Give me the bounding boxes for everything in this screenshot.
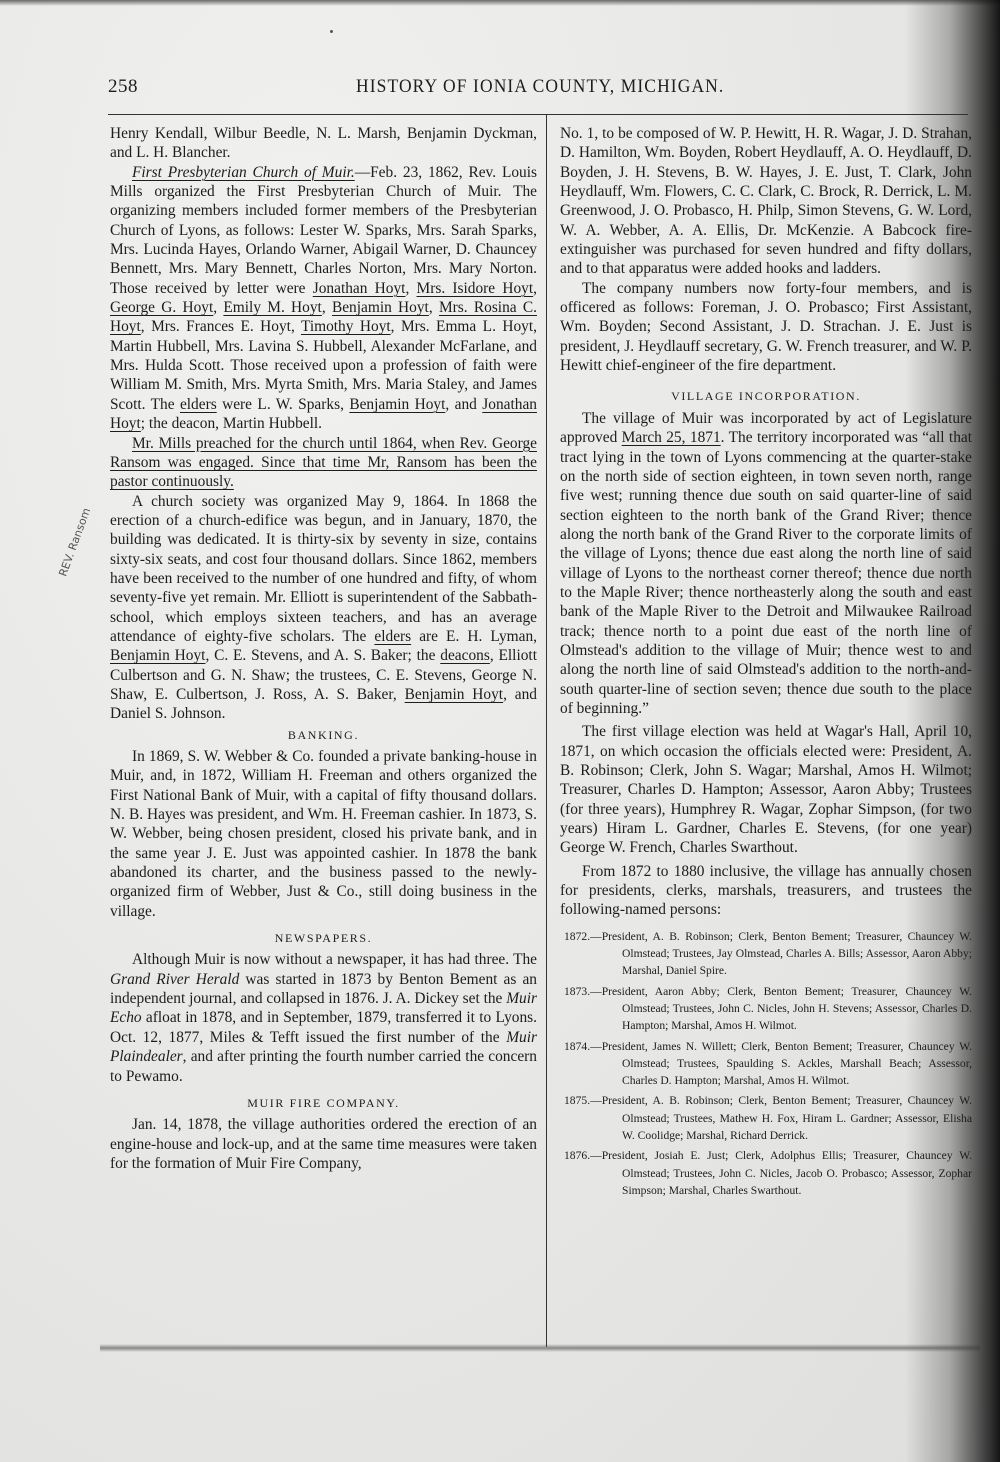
right-column: No. 1, to be composed of W. P. Hewitt, H… <box>560 124 972 1202</box>
heading-newspapers: NEWSPAPERS. <box>110 929 537 948</box>
paragraph-newspapers: Although Muir is now without a newspaper… <box>110 950 537 1085</box>
left-column: Henry Kendall, Wilbur Beedle, N. L. Mars… <box>110 124 537 1173</box>
paragraph-annual-officers: From 1872 to 1880 inclusive, the village… <box>560 862 972 920</box>
header-rule <box>108 114 968 115</box>
roster-entry-1874: 1874.—President, James N. Willett; Clerk… <box>560 1038 972 1090</box>
roster-entry-1873: 1873.—President, Aaron Abby; Clerk, Bent… <box>560 983 972 1035</box>
scan-speck <box>330 30 333 33</box>
heading-village-incorporation: VILLAGE INCORPORATION. <box>560 387 972 406</box>
scanned-book-page: 258 HISTORY OF IONIA COUNTY, MICHIGAN. R… <box>0 0 1000 1462</box>
paragraph-fire-officers: The company numbers now forty-four membe… <box>560 279 972 376</box>
roster-entry-1872: 1872.—President, A. B. Robinson; Clerk, … <box>560 928 972 980</box>
paragraph-fire-company-cont: No. 1, to be composed of W. P. Hewitt, H… <box>560 124 972 279</box>
page-header: 258 HISTORY OF IONIA COUNTY, MICHIGAN. <box>104 76 984 102</box>
roster-entry-1875: 1875.—President, A. B. Robinson; Clerk, … <box>560 1092 972 1144</box>
handwritten-marginalia: REV. Ransom <box>56 551 111 591</box>
running-title: HISTORY OF IONIA COUNTY, MICHIGAN. <box>356 76 724 98</box>
bottom-scan-smudge <box>100 1344 980 1352</box>
heading-banking: BANKING. <box>110 726 537 745</box>
paragraph-fire-company: Jan. 14, 1878, the village authorities o… <box>110 1115 537 1173</box>
section-title-presbyterian: First Presbyterian Church of Muir. <box>132 164 355 181</box>
paragraph-church-society: A church society was organized May 9, 18… <box>110 492 537 724</box>
paragraph-pastor-underlined: Mr. Mills preached for the church until … <box>110 434 537 492</box>
page-number: 258 <box>108 76 138 98</box>
paragraph-first-election: The first village election was held at W… <box>560 722 972 857</box>
roster-entry-1876: 1876.—President, Josiah E. Just; Clerk, … <box>560 1147 972 1199</box>
paragraph-banking: In 1869, S. W. Webber & Co. founded a pr… <box>110 747 537 921</box>
officer-roster-list: 1872.—President, A. B. Robinson; Clerk, … <box>560 928 972 1199</box>
column-divider <box>546 115 547 1347</box>
heading-fire-company: MUIR FIRE COMPANY. <box>110 1094 537 1113</box>
paragraph-presbyterian-church: First Presbyterian Church of Muir.—Feb. … <box>110 163 537 434</box>
paragraph-village-incorporation: The village of Muir was incorporated by … <box>560 409 972 719</box>
paragraph-members-cont: Henry Kendall, Wilbur Beedle, N. L. Mars… <box>110 124 537 163</box>
